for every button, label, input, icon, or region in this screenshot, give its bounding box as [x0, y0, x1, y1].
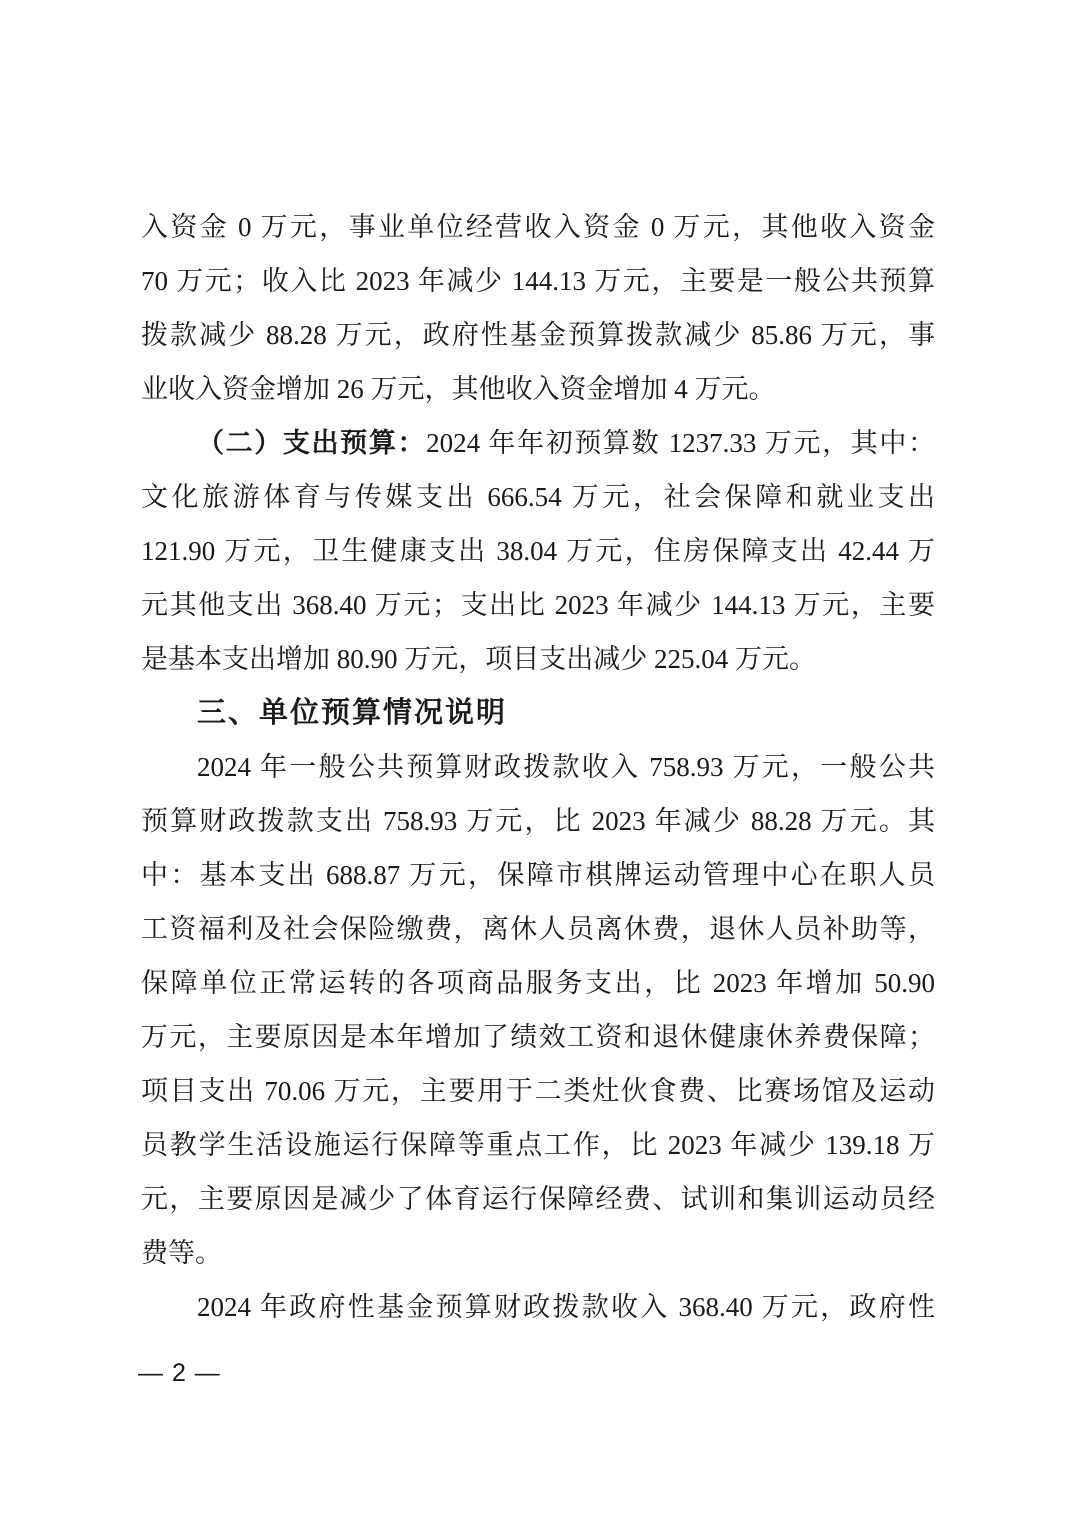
text-line: 2024 年政府性基金预算财政拨款收入 368.40 万元，政府性 — [141, 1280, 935, 1334]
text-line: 是基本支出增加 80.90 万元，项目支出减少 225.04 万元。 — [141, 632, 935, 686]
section-heading: 三、单位预算情况说明 — [141, 686, 935, 740]
text-line: 2024 年一般公共预算财政拨款收入 758.93 万元，一般公共 — [141, 740, 935, 794]
text-line: 文化旅游体育与传媒支出 666.54 万元，社会保障和就业支出 — [141, 470, 935, 524]
text-line: 员教学生活设施运行保障等重点工作，比 2023 年减少 139.18 万 — [141, 1118, 935, 1172]
text-line: 项目支出 70.06 万元，主要用于二类灶伙食费、比赛场馆及运动 — [141, 1064, 935, 1118]
text-line: 入资金 0 万元，事业单位经营收入资金 0 万元，其他收入资金 — [141, 200, 935, 254]
text-line: 元其他支出 368.40 万元；支出比 2023 年减少 144.13 万元，主… — [141, 578, 935, 632]
text-line: 费等。 — [141, 1226, 935, 1280]
text-line: 业收入资金增加 26 万元，其他收入资金增加 4 万元。 — [141, 362, 935, 416]
page-number: — 2 — — [138, 1358, 221, 1388]
subheading-expenditure-budget: （二）支出预算： — [197, 428, 426, 458]
document-page: 入资金 0 万元，事业单位经营收入资金 0 万元，其他收入资金 70 万元；收入… — [0, 0, 1074, 1520]
text-line: 工资福利及社会保险缴费，离休人员离休费，退休人员补助等， — [141, 902, 935, 956]
text-line: 万元，主要原因是本年增加了绩效工资和退休健康休养费保障； — [141, 1010, 935, 1064]
text-line: 元，主要原因是减少了体育运行保障经费、试训和集训运动员经 — [141, 1172, 935, 1226]
text-line: 预算财政拨款支出 758.93 万元，比 2023 年减少 88.28 万元。其 — [141, 794, 935, 848]
document-body: 入资金 0 万元，事业单位经营收入资金 0 万元，其他收入资金 70 万元；收入… — [141, 200, 935, 1334]
text-line: 中：基本支出 688.87 万元，保障市棋牌运动管理中心在职人员 — [141, 848, 935, 902]
text-line: （二）支出预算：2024 年年初预算数 1237.33 万元，其中： — [141, 416, 935, 470]
text-line: 保障单位正常运转的各项商品服务支出，比 2023 年增加 50.90 — [141, 956, 935, 1010]
text-line: 拨款减少 88.28 万元，政府性基金预算拨款减少 85.86 万元，事 — [141, 308, 935, 362]
text-line: 70 万元；收入比 2023 年减少 144.13 万元，主要是一般公共预算 — [141, 254, 935, 308]
text-line: 121.90 万元，卫生健康支出 38.04 万元，住房保障支出 42.44 万 — [141, 524, 935, 578]
text-run: 2024 年年初预算数 1237.33 万元，其中： — [426, 428, 935, 458]
